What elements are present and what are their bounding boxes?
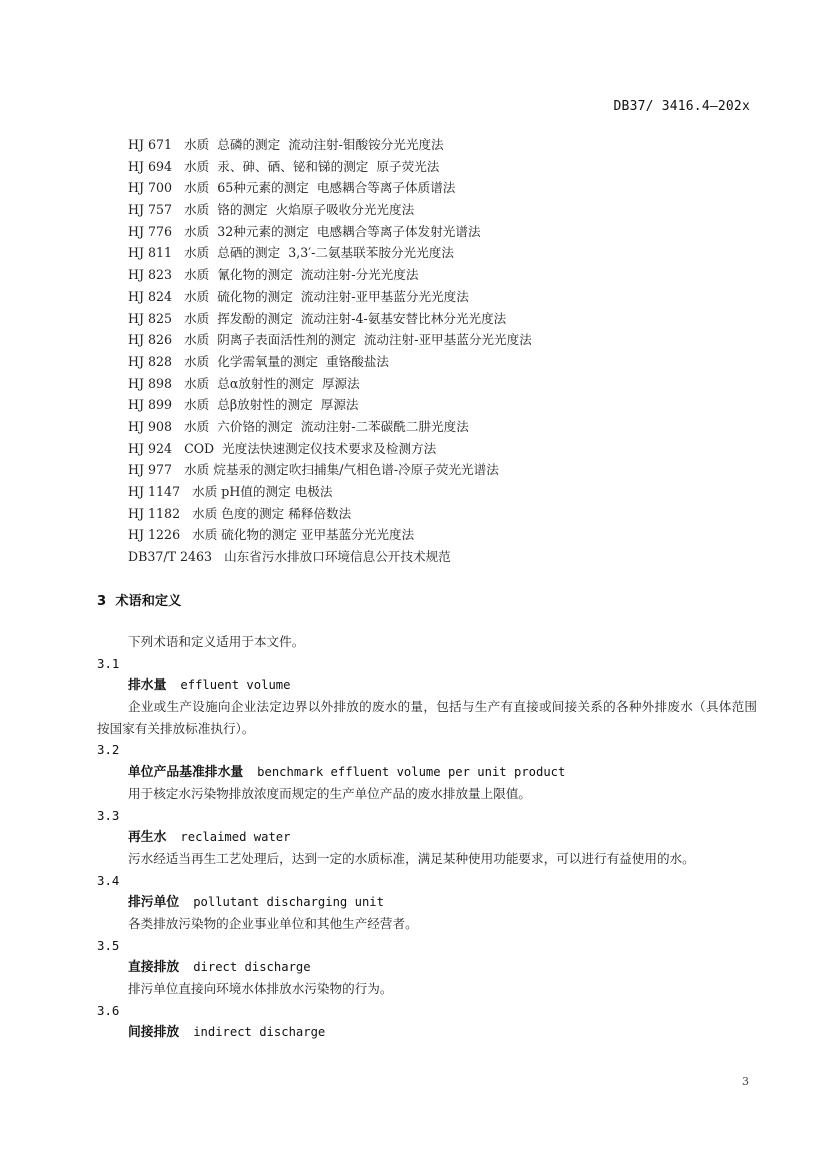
page-number: 3 xyxy=(742,1075,749,1088)
reference-item: HJ 776 水质 32种元素的测定 电感耦合等离子体发射光谱法 xyxy=(128,221,532,243)
terms-and-definitions: 下列术语和定义适用于本文件。 3.1 排水量effluent volume 企业… xyxy=(97,631,757,1043)
term-en: direct discharge xyxy=(179,960,310,974)
reference-item: HJ 757 水质 铬的测定 火焰原子吸收分光光度法 xyxy=(128,199,532,221)
term-en: indirect discharge xyxy=(179,1025,325,1039)
reference-item: HJ 977 水质 烷基汞的测定吹扫捕集/气相色谱-冷原子荧光光谱法 xyxy=(128,459,532,481)
reference-item: HJ 694 水质 汞、砷、硒、铋和锑的测定 原子荧光法 xyxy=(128,156,532,178)
reference-item: HJ 898 水质 总α放射性的测定 厚源法 xyxy=(128,373,532,395)
term-definition: 污水经适当再生工艺处理后，达到一定的水质标准，满足某种使用功能要求，可以进行有益… xyxy=(97,848,757,870)
term-en: benchmark effluent volume per unit produ… xyxy=(243,765,565,779)
reference-item: HJ 1147 水质 pH值的测定 电极法 xyxy=(128,481,532,503)
term-definition: 企业或生产设施向企业法定边界以外排放的废水的量，包括与生产有直接或间接关系的各种… xyxy=(97,696,757,739)
term-zh: 排水量 xyxy=(128,678,166,693)
reference-item: HJ 671 水质 总磷的测定 流动注射-钼酸铵分光光度法 xyxy=(128,134,532,156)
reference-item: HJ 1226 水质 硫化物的测定 亚甲基蓝分光光度法 xyxy=(128,524,532,546)
term-en: pollutant discharging unit xyxy=(179,895,384,909)
section-intro: 下列术语和定义适用于本文件。 xyxy=(97,631,757,653)
reference-item: HJ 825 水质 挥发酚的测定 流动注射-4-氨基安替比林分光光度法 xyxy=(128,308,532,330)
term-title: 直接排放direct discharge xyxy=(97,956,757,978)
term-zh: 再生水 xyxy=(128,830,166,845)
term-number: 3.5 xyxy=(97,935,757,957)
reference-item: HJ 823 水质 氰化物的测定 流动注射-分光光度法 xyxy=(128,264,532,286)
term-title: 单位产品基准排水量benchmark effluent volume per u… xyxy=(97,761,757,783)
reference-item: HJ 824 水质 硫化物的测定 流动注射-亚甲基蓝分光光度法 xyxy=(128,286,532,308)
reference-item: HJ 826 水质 阴离子表面活性剂的测定 流动注射-亚甲基蓝分光光度法 xyxy=(128,329,532,351)
reference-item: DB37/T 2463 山东省污水排放口环境信息公开技术规范 xyxy=(128,546,532,568)
term-en: effluent volume xyxy=(166,678,290,692)
reference-item: HJ 700 水质 65种元素的测定 电感耦合等离子体质谱法 xyxy=(128,177,532,199)
term-number: 3.2 xyxy=(97,739,757,761)
term-definition: 用于核定水污染物排放浓度而规定的生产单位产品的废水排放量上限值。 xyxy=(97,783,757,805)
term-definition: 各类排放污染物的企业事业单位和其他生产经营者。 xyxy=(97,913,757,935)
reference-item: HJ 1182 水质 色度的测定 稀释倍数法 xyxy=(128,503,532,525)
term-title: 排污单位pollutant discharging unit xyxy=(97,891,757,913)
reference-item: HJ 924 COD 光度法快速测定仪技术要求及检测方法 xyxy=(128,438,532,460)
term-title: 再生水reclaimed water xyxy=(97,826,757,848)
term-number: 3.6 xyxy=(97,1000,757,1022)
term-title: 排水量effluent volume xyxy=(97,674,757,696)
term-en: reclaimed water xyxy=(166,830,290,844)
reference-item: HJ 908 水质 六价铬的测定 流动注射-二苯碳酰二肼光度法 xyxy=(128,416,532,438)
reference-item: HJ 828 水质 化学需氧量的测定 重铬酸盐法 xyxy=(128,351,532,373)
term-number: 3.1 xyxy=(97,653,757,675)
term-definition: 排污单位直接向环境水体排放水污染物的行为。 xyxy=(97,978,757,1000)
term-zh: 间接排放 xyxy=(128,1025,179,1040)
term-zh: 排污单位 xyxy=(128,895,179,910)
normative-references-list: HJ 671 水质 总磷的测定 流动注射-钼酸铵分光光度法 HJ 694 水质 … xyxy=(128,134,532,568)
term-title: 间接排放indirect discharge xyxy=(97,1021,757,1043)
section-heading: 3 术语和定义 xyxy=(97,590,181,609)
term-number: 3.3 xyxy=(97,805,757,827)
reference-item: HJ 899 水质 总β放射性的测定 厚源法 xyxy=(128,394,532,416)
document-code-header: DB37/ 3416.4—202x xyxy=(614,99,750,114)
term-number: 3.4 xyxy=(97,870,757,892)
term-zh: 单位产品基准排水量 xyxy=(128,765,243,780)
reference-item: HJ 811 水质 总硒的测定 3,3′-二氨基联苯胺分光光度法 xyxy=(128,242,532,264)
term-zh: 直接排放 xyxy=(128,960,179,975)
